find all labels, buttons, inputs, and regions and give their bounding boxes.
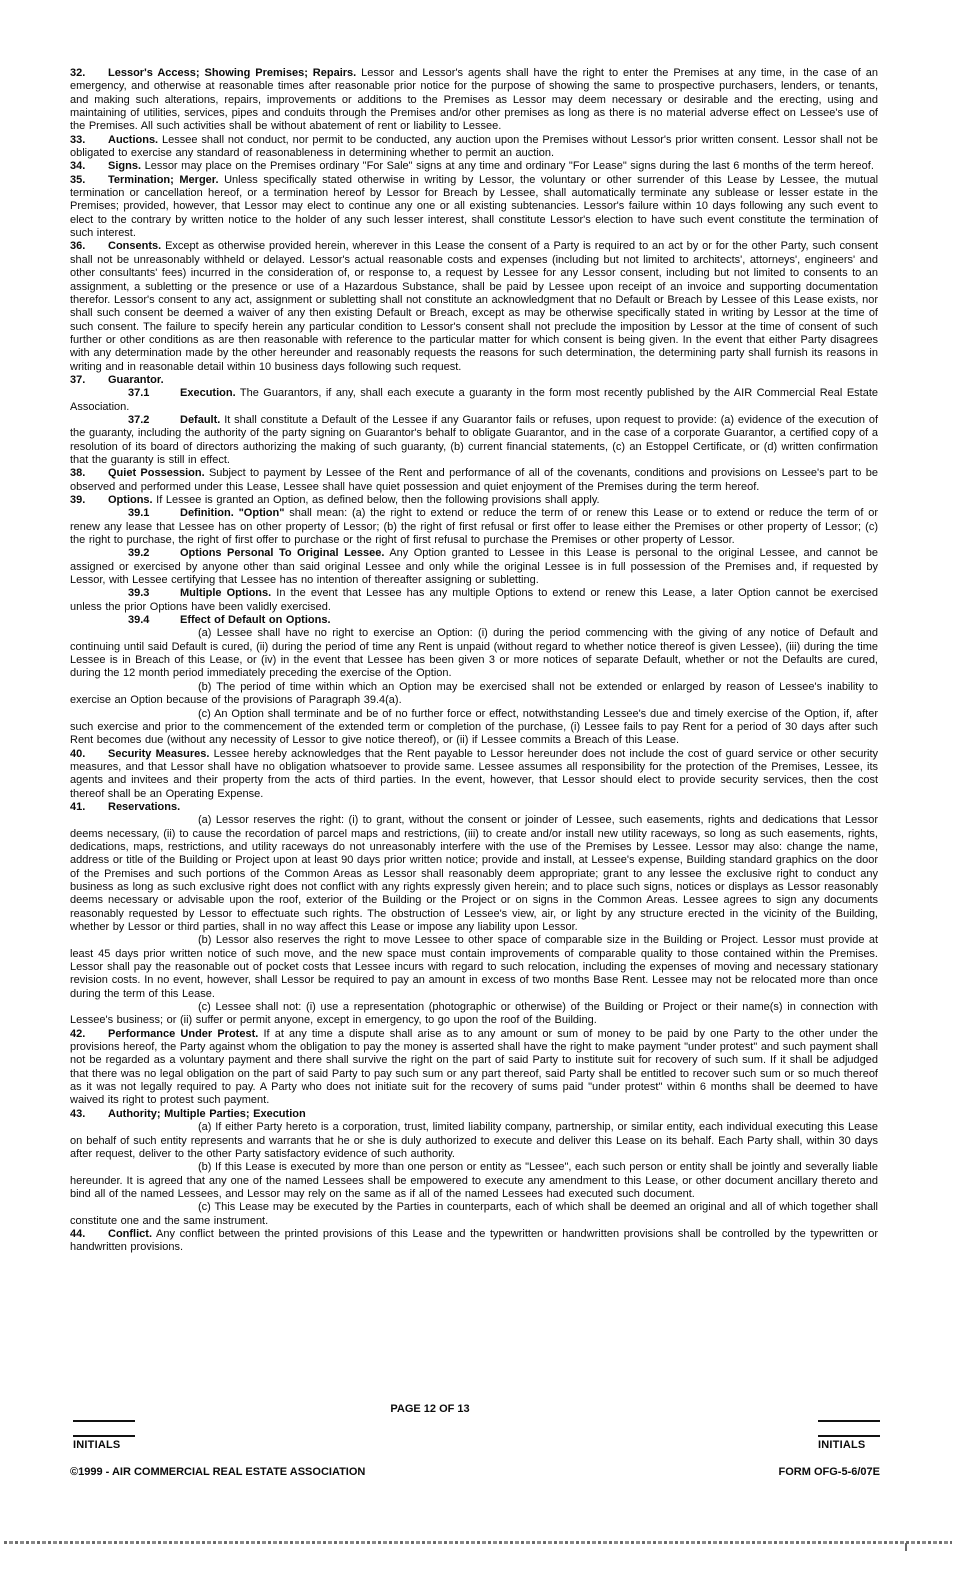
- paragraph-body: (c) Lessee shall not: (i) use a represen…: [70, 1001, 878, 1026]
- lease-document-page: 32.Lessor's Access; Showing Premises; Re…: [0, 0, 956, 1577]
- paragraph-lead-bold: "Option": [239, 507, 285, 519]
- paragraph-number: 44.: [70, 1228, 108, 1241]
- paragraph-number: 39.: [70, 494, 108, 507]
- initials-block-right: INITIALS: [818, 1420, 880, 1451]
- paragraph-number: 41.: [70, 801, 108, 814]
- paragraph-number: 37.2: [128, 414, 180, 427]
- paragraph-38: 38.Quiet Possession. Subject to payment …: [70, 467, 878, 494]
- paragraph-body: Lessor may place on the Premises ordinar…: [145, 160, 874, 172]
- paragraph-body: If Lessee is granted an Option, as defin…: [156, 494, 599, 506]
- paragraph-heading: Default.: [180, 414, 220, 426]
- paragraph-lettered: (c) An Option shall terminate and be of …: [70, 708, 878, 748]
- paragraph-40: 40.Security Measures. Lessee hereby ackn…: [70, 748, 878, 801]
- paragraph-lettered: (b) The period of time within which an O…: [70, 681, 878, 708]
- scan-artifact-tick: [905, 1543, 907, 1551]
- paragraph-heading: Guarantor.: [108, 374, 164, 386]
- paragraph-heading: Lessor's Access; Showing Premises; Repai…: [108, 67, 356, 79]
- paragraph-heading: Execution.: [180, 387, 236, 399]
- paragraph-43: 43.Authority; Multiple Parties; Executio…: [70, 1108, 878, 1121]
- page-number-label: PAGE 12 OF 13: [0, 1403, 860, 1415]
- paragraph-number: 39.1: [128, 507, 180, 520]
- paragraph-36: 36.Consents. Except as otherwise provide…: [70, 240, 878, 373]
- paragraph-body: Except as otherwise provided herein, whe…: [70, 240, 878, 372]
- paragraph-heading: Termination; Merger.: [108, 174, 219, 186]
- paragraph-39-2: 39.2Options Personal To Original Lessee.…: [70, 547, 878, 587]
- paragraph-lettered: (b) If this Lease is executed by more th…: [70, 1161, 878, 1201]
- paragraph-number: 37.1: [128, 387, 180, 400]
- paragraph-41: 41.Reservations.: [70, 801, 878, 814]
- paragraph-number: 42.: [70, 1028, 108, 1041]
- paragraph-39: 39.Options. If Lessee is granted an Opti…: [70, 494, 878, 507]
- paragraph-body: (c) This Lease may be executed by the Pa…: [70, 1201, 878, 1226]
- paragraph-heading: Auctions.: [108, 134, 158, 146]
- paragraph-37-2: 37.2Default. It shall constitute a Defau…: [70, 414, 878, 467]
- paragraph-heading: Security Measures.: [108, 748, 209, 760]
- paragraph-37-1: 37.1Execution. The Guarantors, if any, s…: [70, 387, 878, 414]
- initials-signature-line[interactable]: [73, 1420, 135, 1422]
- paragraph-heading: Consents.: [108, 240, 161, 252]
- paragraph-body: (a) Lessor reserves the right: (i) to gr…: [70, 814, 878, 933]
- paragraph-lettered: (c) Lessee shall not: (i) use a represen…: [70, 1001, 878, 1028]
- paragraph-number: 38.: [70, 467, 108, 480]
- initials-label: INITIALS: [818, 1439, 880, 1451]
- paragraph-number: 35.: [70, 174, 108, 187]
- scan-artifact-line: [4, 1541, 952, 1544]
- paragraph-number: 40.: [70, 748, 108, 761]
- initials-signature-line[interactable]: [818, 1435, 880, 1437]
- paragraph-heading: Authority; Multiple Parties; Execution: [108, 1108, 306, 1120]
- paragraph-body: (b) Lessor also reserves the right to mo…: [70, 934, 878, 999]
- paragraph-heading: Options.: [108, 494, 153, 506]
- paragraph-heading: Performance Under Protest.: [108, 1028, 258, 1040]
- paragraph-33: 33.Auctions. Lessee shall not conduct, n…: [70, 134, 878, 161]
- paragraph-lettered: (b) Lessor also reserves the right to mo…: [70, 934, 878, 1001]
- paragraph-44: 44.Conflict. Any conflict between the pr…: [70, 1228, 878, 1255]
- paragraph-lettered: (a) If either Party hereto is a corporat…: [70, 1121, 878, 1161]
- paragraph-number: 39.2: [128, 547, 180, 560]
- paragraph-39-4: 39.4Effect of Default on Options.: [70, 614, 878, 627]
- lease-text: 32.Lessor's Access; Showing Premises; Re…: [70, 67, 878, 1255]
- paragraph-lettered: (a) Lessor reserves the right: (i) to gr…: [70, 814, 878, 934]
- paragraph-heading: Effect of Default on Options.: [180, 614, 331, 626]
- paragraph-heading: Multiple Options.: [180, 587, 271, 599]
- paragraph-number: 32.: [70, 67, 108, 80]
- paragraph-body: (a) Lessee shall have no right to exerci…: [70, 627, 878, 679]
- paragraph-heading: Reservations.: [108, 801, 180, 813]
- paragraph-heading: Options Personal To Original Lessee.: [180, 547, 384, 559]
- paragraph-heading: Signs.: [108, 160, 141, 172]
- paragraph-heading: Definition.: [180, 507, 234, 519]
- paragraph-number: 43.: [70, 1108, 108, 1121]
- paragraph-32: 32.Lessor's Access; Showing Premises; Re…: [70, 67, 878, 134]
- paragraph-39-3: 39.3Multiple Options. In the event that …: [70, 587, 878, 614]
- initials-signature-line[interactable]: [818, 1420, 880, 1422]
- paragraph-37: 37.Guarantor.: [70, 374, 878, 387]
- paragraph-body: (c) An Option shall terminate and be of …: [70, 708, 878, 747]
- paragraph-lettered: (a) Lessee shall have no right to exerci…: [70, 627, 878, 680]
- paragraph-35: 35.Termination; Merger. Unless specifica…: [70, 174, 878, 241]
- paragraph-number: 37.: [70, 374, 108, 387]
- initials-block-left: INITIALS: [73, 1420, 135, 1451]
- initials-signature-line[interactable]: [73, 1435, 135, 1437]
- copyright-notice: ©1999 - AIR COMMERCIAL REAL ESTATE ASSOC…: [70, 1466, 365, 1478]
- form-number: FORM OFG-5-6/07E: [779, 1466, 880, 1478]
- paragraph-heading: Quiet Possession.: [108, 467, 205, 479]
- paragraph-body: (a) If either Party hereto is a corporat…: [70, 1121, 878, 1160]
- paragraph-42: 42.Performance Under Protest. If at any …: [70, 1028, 878, 1108]
- paragraph-body: (b) The period of time within which an O…: [70, 681, 878, 706]
- paragraph-lettered: (c) This Lease may be executed by the Pa…: [70, 1201, 878, 1228]
- paragraph-heading: Conflict.: [108, 1228, 152, 1240]
- paragraph-39-1: 39.1Definition. "Option" shall mean: (a)…: [70, 507, 878, 547]
- paragraph-34: 34.Signs. Lessor may place on the Premis…: [70, 160, 878, 173]
- initials-label: INITIALS: [73, 1439, 135, 1451]
- paragraph-number: 39.3: [128, 587, 180, 600]
- paragraph-number: 39.4: [128, 614, 180, 627]
- paragraph-number: 34.: [70, 160, 108, 173]
- paragraph-body: (b) If this Lease is executed by more th…: [70, 1161, 878, 1200]
- paragraph-body: Lessee shall not conduct, nor permit to …: [70, 134, 878, 159]
- paragraph-number: 33.: [70, 134, 108, 147]
- paragraph-body: Any conflict between the printed provisi…: [70, 1228, 878, 1253]
- paragraph-number: 36.: [70, 240, 108, 253]
